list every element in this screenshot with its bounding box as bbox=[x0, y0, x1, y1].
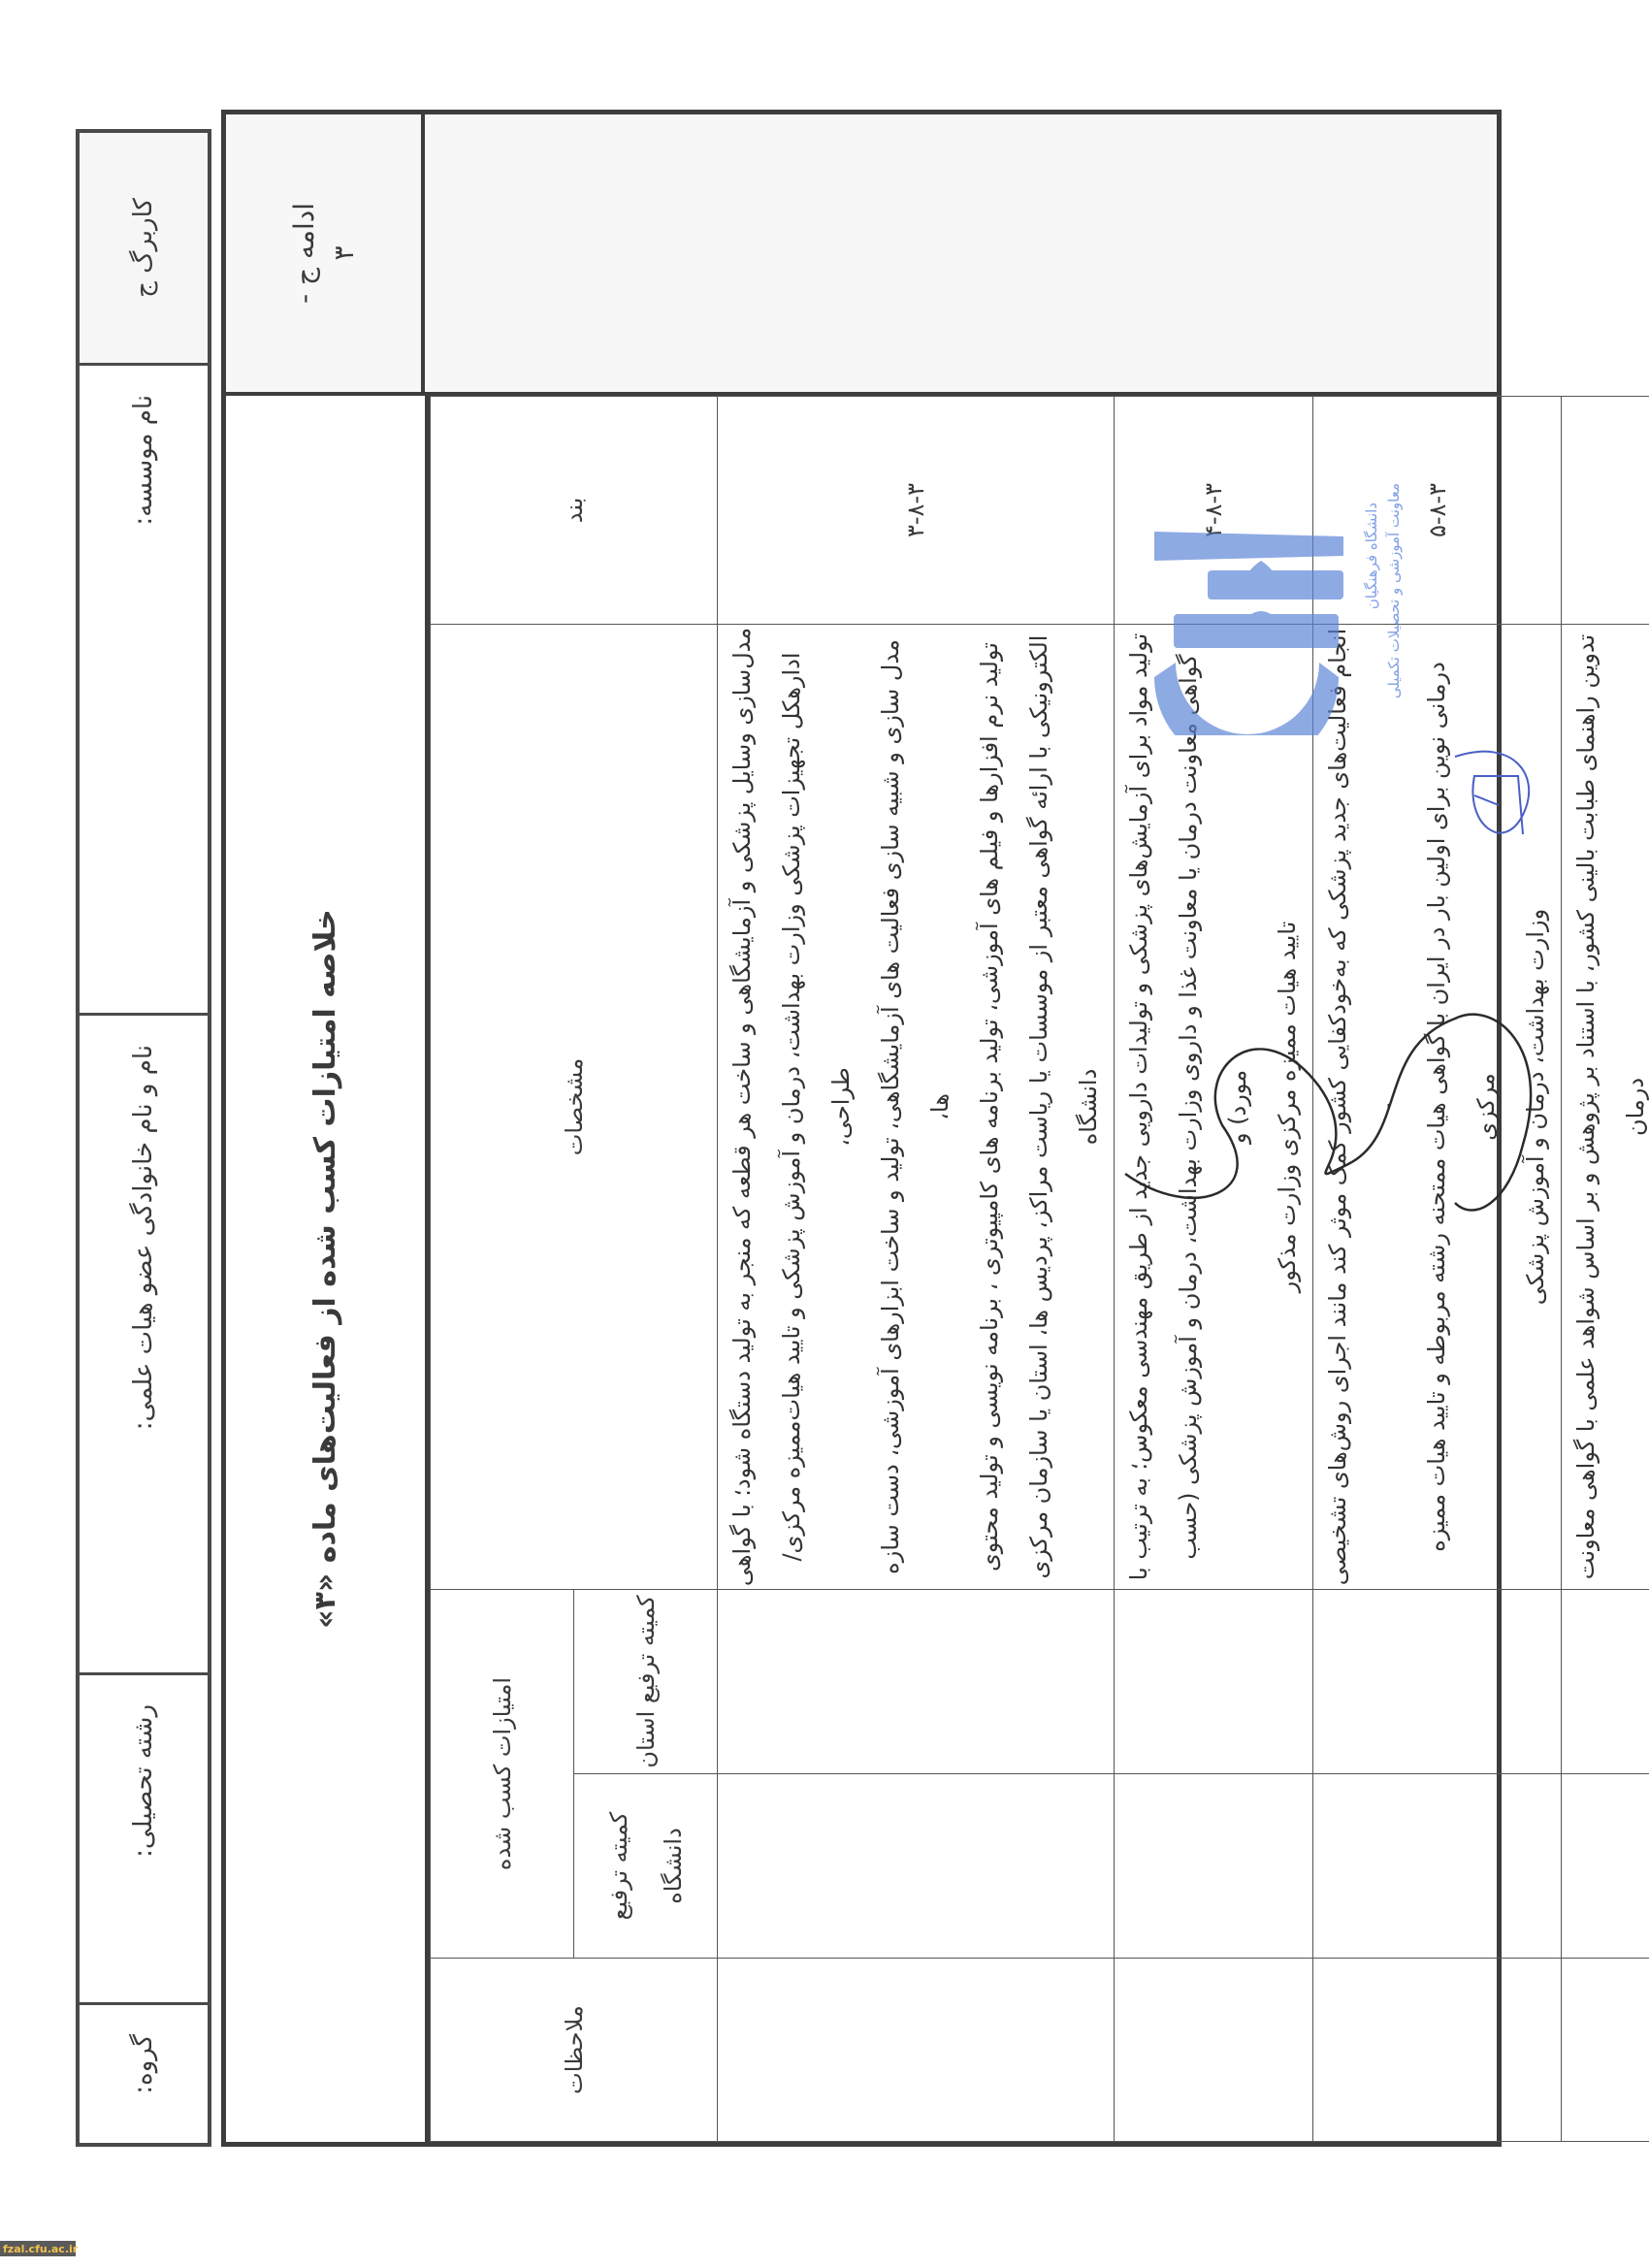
member-name-label: نام و نام خانوادگی عضو هیات علمی: bbox=[129, 1045, 158, 1430]
description-line: مدل‌سازی وسایل پزشکی و آزمایشگاهی و ساخت… bbox=[718, 625, 767, 1589]
table-row: ۶-۸-۳تدوین راهنمای طبابت بالینی کشور، با… bbox=[1562, 397, 1649, 2142]
col-header-specs: مشخصات bbox=[431, 625, 718, 1590]
province-score-cell[interactable] bbox=[718, 1590, 1115, 1774]
col-header-item: بند bbox=[431, 397, 718, 625]
field-of-study-field[interactable]: رشته تحصیلی: bbox=[80, 1675, 208, 2005]
row-description: انجام فعالیت‌های جدید پزشکی که به‌خودکفا… bbox=[1313, 625, 1562, 1590]
remarks-cell[interactable] bbox=[1115, 1959, 1313, 2142]
province-score-cell[interactable] bbox=[1313, 1590, 1562, 1774]
row-description: تدوین راهنمای طبابت بالینی کشور، با استن… bbox=[1562, 625, 1649, 1590]
remarks-cell[interactable] bbox=[718, 1959, 1115, 2142]
site-watermark: fzal.cfu.ac.ir bbox=[0, 2241, 76, 2256]
continued-label: ادامه ج - bbox=[288, 203, 320, 304]
description-line: ادارهکل تجهیزات پزشکی وزارت بهداشت، درما… bbox=[767, 625, 866, 1589]
university-score-cell[interactable] bbox=[1313, 1774, 1562, 1959]
description-line: الکترونیکی با ارائه گواهی معتبر از موسسا… bbox=[1015, 625, 1114, 1589]
table-row: ۴-۸-۳تولید مواد برای آزمایش‌های پزشکی و … bbox=[1115, 397, 1313, 2142]
description-line: انجام فعالیت‌های جدید پزشکی که به‌خودکفا… bbox=[1313, 625, 1412, 1589]
province-score-cell[interactable] bbox=[1562, 1590, 1649, 1774]
remarks-cell[interactable] bbox=[1313, 1959, 1562, 2142]
form-kind-label: کاربرگ ج bbox=[80, 133, 208, 366]
continued-number: ۳ bbox=[328, 245, 360, 260]
institution-label: نام موسسه: bbox=[129, 395, 158, 526]
description-line: درمانی نوین برای اولین بار در ایران با گ… bbox=[1412, 625, 1511, 1589]
col-header-province-committee: کمیته ترفیع استان bbox=[574, 1590, 718, 1774]
group-field[interactable]: گروه: bbox=[80, 2005, 208, 2143]
description-line: وزارت بهداشت، درمان و آموزش پزشکی bbox=[1511, 625, 1561, 1589]
rotated-form-page: کاربرگ ج نام موسسه: نام و نام خانوادگی ع… bbox=[0, 0, 1649, 2268]
description-line: مدل سازی و شبیه سازی فعالیت های آزمایشگا… bbox=[866, 625, 965, 1589]
scores-grid: بند مشخصات امتیازات کسب شده ملاحظات کمیت… bbox=[425, 396, 1497, 2142]
row-code: ۵-۸-۳ bbox=[1313, 397, 1562, 625]
university-score-cell[interactable] bbox=[1562, 1774, 1649, 1959]
col-header-scores-group: امتیازات کسب شده bbox=[431, 1590, 574, 1959]
table-row: ۵-۸-۳انجام فعالیت‌های جدید پزشکی که به‌خ… bbox=[1313, 397, 1562, 2142]
row-description: تولید مواد برای آزمایش‌های پزشکی و تولید… bbox=[1115, 625, 1313, 1590]
group-label: گروه: bbox=[129, 2034, 158, 2094]
description-line: گواهی معاونت درمان یا معاونت غذا و داروی… bbox=[1164, 625, 1263, 1589]
form-info-strip: کاربرگ ج نام موسسه: نام و نام خانوادگی ع… bbox=[76, 129, 211, 2147]
description-line: تایید هیات ممیزه مرکزی وزارت مذکور bbox=[1263, 625, 1312, 1589]
university-score-cell[interactable] bbox=[1115, 1774, 1313, 1959]
row-code: ۴-۸-۳ bbox=[1115, 397, 1313, 625]
institution-field[interactable]: نام موسسه: bbox=[80, 366, 208, 1016]
university-score-cell[interactable] bbox=[718, 1774, 1115, 1959]
col-header-university-committee: کمیته ترفیع دانشگاه bbox=[574, 1774, 718, 1959]
description-line: تدوین راهنمای طبابت بالینی کشور، با استن… bbox=[1562, 625, 1649, 1589]
member-name-field[interactable]: نام و نام خانوادگی عضو هیات علمی: bbox=[80, 1016, 208, 1675]
row-code: ۳-۸-۳ bbox=[718, 397, 1115, 625]
description-line: تولید مواد برای آزمایش‌های پزشکی و تولید… bbox=[1115, 625, 1164, 1589]
row-description: مدل‌سازی وسایل پزشکی و آزمایشگاهی و ساخت… bbox=[718, 625, 1115, 1590]
scores-table: بند مشخصات امتیازات کسب شده ملاحظات کمیت… bbox=[430, 396, 1649, 2142]
remarks-cell[interactable] bbox=[1562, 1959, 1649, 2142]
scores-summary-table: ادامه ج - ۳ خلاصه امتیازات کسب شده از فع… bbox=[221, 110, 1502, 2147]
description-line: تولید نرم افزارها و فیلم های آموزشی، تول… bbox=[965, 625, 1015, 1589]
continued-column: ادامه ج - ۳ bbox=[226, 114, 1497, 396]
field-of-study-label: رشته تحصیلی: bbox=[129, 1704, 158, 1858]
province-score-cell[interactable] bbox=[1115, 1590, 1313, 1774]
table-row: ۳-۸-۳مدل‌سازی وسایل پزشکی و آزمایشگاهی و… bbox=[718, 397, 1115, 2142]
col-header-remarks: ملاحظات bbox=[431, 1959, 718, 2142]
table-title: خلاصه امتیازات کسب شده از فعالیت‌های ماد… bbox=[226, 396, 425, 2142]
row-code: ۶-۸-۳ bbox=[1562, 397, 1649, 625]
continued-marker: ادامه ج - ۳ bbox=[226, 114, 425, 392]
